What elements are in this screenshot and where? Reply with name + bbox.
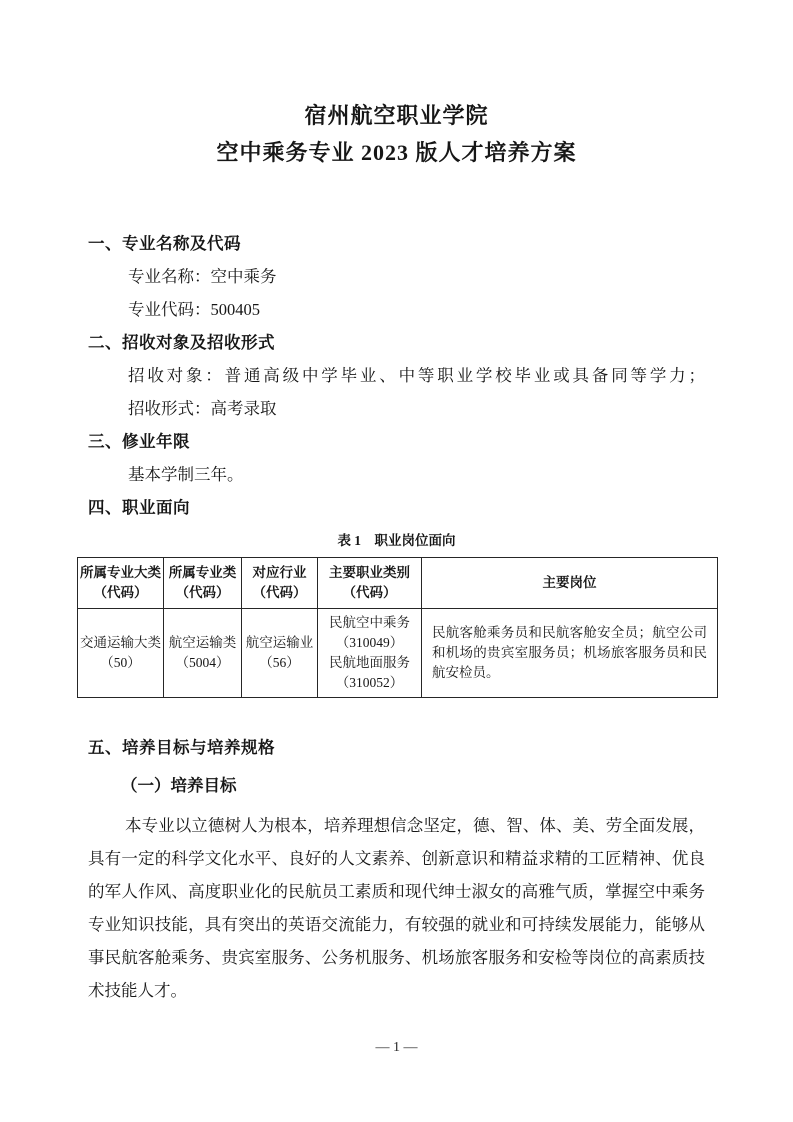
study-duration-line: 基本学制三年。 xyxy=(88,458,705,491)
document-page: 宿州航空职业学院 空中乘务专业 2023 版人才培养方案 一、专业名称及代码 专… xyxy=(0,0,793,1122)
document-body: 一、专业名称及代码 专业名称：空中乘务 专业代码：500405 二、招收对象及招… xyxy=(0,227,793,1007)
cell-major-category: 交通运输大类 （50） xyxy=(78,609,164,698)
document-title: 宿州航空职业学院 空中乘务专业 2023 版人才培养方案 xyxy=(0,0,793,171)
table-header-major-class: 所属专业类 （代码） xyxy=(164,558,242,609)
cell-major-class: 航空运输类 （5004） xyxy=(164,609,242,698)
table-header-major-category: 所属专业大类 （代码） xyxy=(78,558,164,609)
table-header-industry: 对应行业 （代码） xyxy=(242,558,318,609)
cell-industry: 航空运输业 （56） xyxy=(242,609,318,698)
major-code-line: 专业代码：500405 xyxy=(88,293,705,326)
page-footer: — 1 — xyxy=(0,1040,793,1056)
title-line-2: 空中乘务专业 2023 版人才培养方案 xyxy=(0,134,793,171)
section-4-heading: 四、职业面向 xyxy=(88,491,705,524)
page-number: — 1 — xyxy=(376,1040,418,1055)
table-header-row: 所属专业大类 （代码） 所属专业类 （代码） 对应行业 （代码） 主要职业类别 … xyxy=(78,558,718,609)
section-2-heading: 二、招收对象及招收形式 xyxy=(88,326,705,359)
section-5-heading: 五、培养目标与培养规格 xyxy=(88,731,705,764)
section-3-heading: 三、修业年限 xyxy=(88,425,705,458)
table-header-occupation-category: 主要职业类别 （代码） xyxy=(318,558,422,609)
training-objective-paragraph: 本专业以立德树人为根本，培养理想信念坚定，德、智、体、美、劳全面发展，具有一定的… xyxy=(88,809,705,1007)
title-line-1: 宿州航空职业学院 xyxy=(0,97,793,134)
section-1-heading: 一、专业名称及代码 xyxy=(88,227,705,260)
admission-target-line: 招收对象：普通高级中学毕业、中等职业学校毕业或具备同等学力； xyxy=(88,359,705,392)
cell-main-positions: 民航客舱乘务员和民航客舱安全员；航空公司和机场的贵宾室服务员；机场旅客服务员和民… xyxy=(422,609,718,698)
admission-form-line: 招收形式：高考录取 xyxy=(88,392,705,425)
section-5-1-subheading: （一）培养目标 xyxy=(88,769,705,802)
career-positions-table: 所属专业大类 （代码） 所属专业类 （代码） 对应行业 （代码） 主要职业类别 … xyxy=(77,557,718,698)
table-caption: 表 1 职业岗位面向 xyxy=(88,524,705,557)
table-header-main-positions: 主要岗位 xyxy=(422,558,718,609)
table-row: 交通运输大类 （50） 航空运输类 （5004） 航空运输业 （56） 民航空中… xyxy=(78,609,718,698)
cell-occupation-category: 民航空中乘务 （310049） 民航地面服务 （310052） xyxy=(318,609,422,698)
major-name-line: 专业名称：空中乘务 xyxy=(88,260,705,293)
